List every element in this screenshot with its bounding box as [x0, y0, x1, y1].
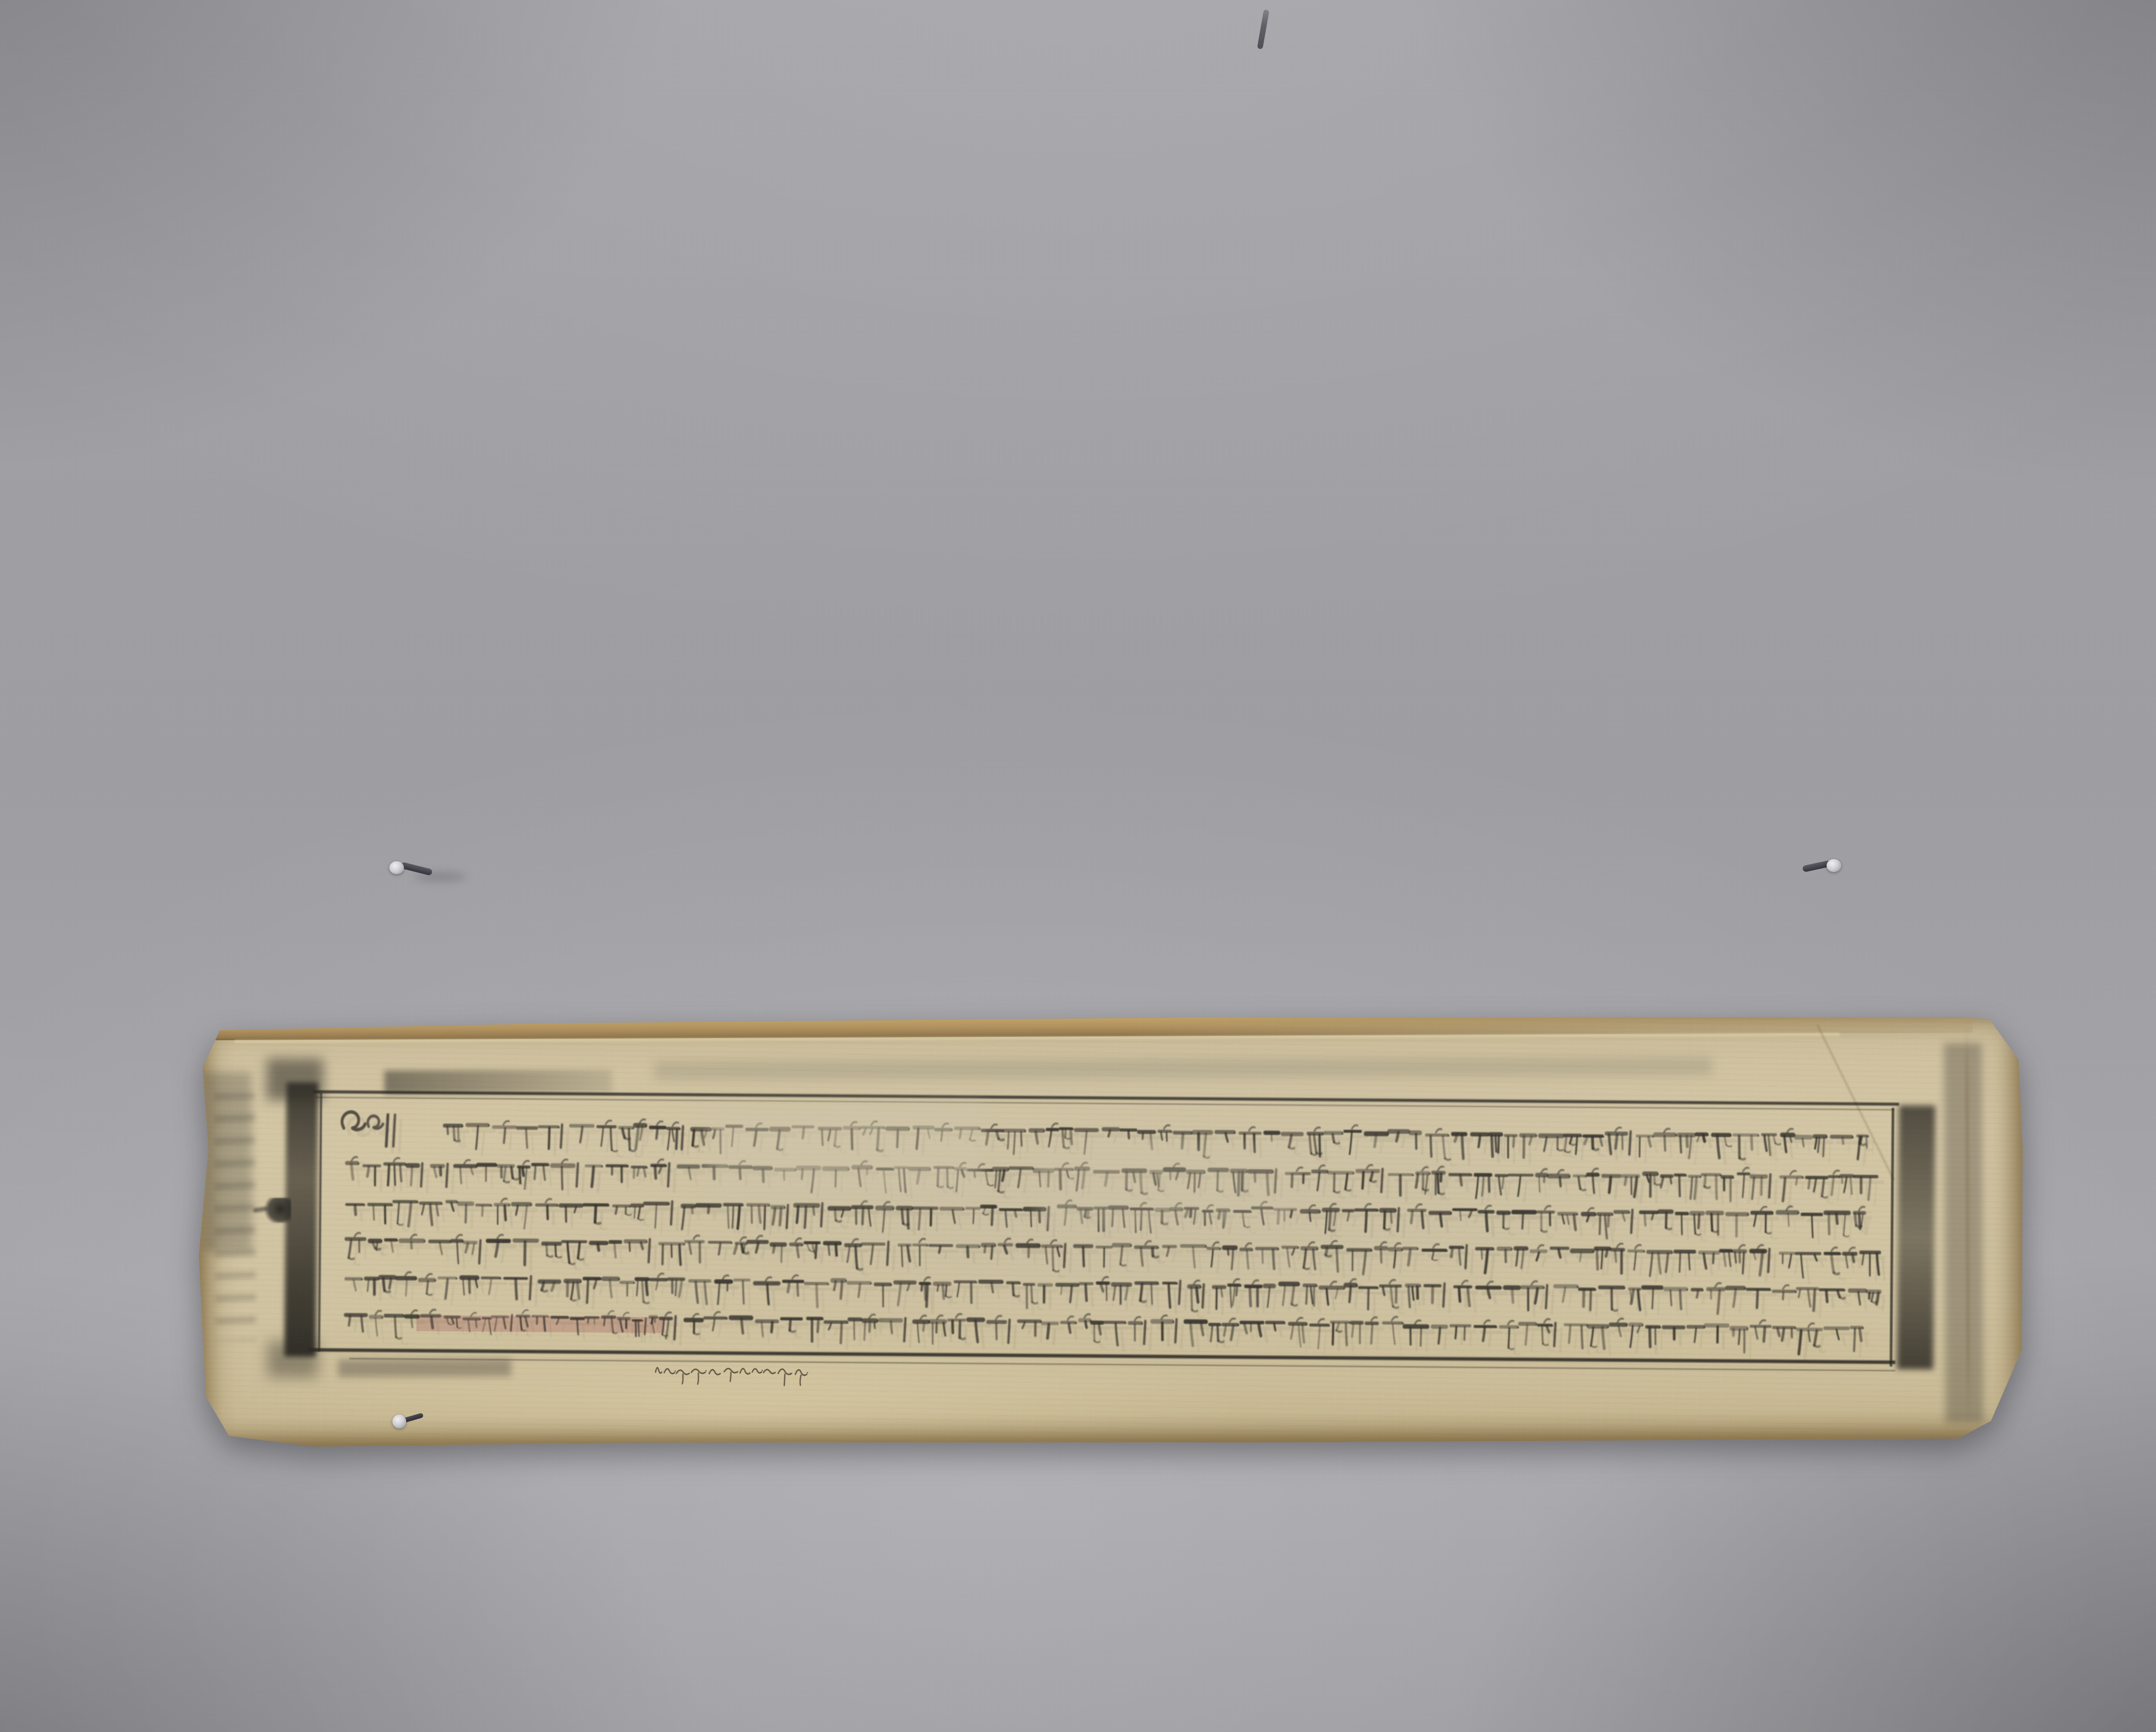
pin-shaft [400, 862, 432, 875]
pin-shadow [414, 872, 466, 881]
margin-caption [654, 1361, 818, 1389]
left-bar-ink-bloom [267, 1058, 324, 1101]
paper-fold-line [1966, 1022, 1970, 1423]
manuscript-folio-wrap [198, 1013, 2024, 1448]
studio-photo-scene [0, 0, 2156, 1732]
ink-smudge-top [654, 1057, 1712, 1079]
left-bar-ink-tail [268, 1341, 318, 1378]
manuscript-folio [198, 1013, 2024, 1448]
ink-blot [264, 1198, 291, 1223]
ink-smudge-below-frame [338, 1359, 511, 1377]
pin-head [1827, 859, 1841, 872]
ink-smudge-top-left [384, 1070, 612, 1094]
right-margin-bar [1897, 1105, 1936, 1370]
push-pin-bottom-icon [392, 1415, 431, 1432]
pin-head [392, 1415, 406, 1428]
offset-ghost-column [1944, 1043, 1984, 1423]
push-pin-left-icon [389, 861, 467, 887]
push-pin-top-icon [1257, 9, 1269, 50]
push-pin-right-icon [1794, 859, 1841, 885]
left-corner-smudge [204, 1072, 252, 1251]
left-margin-streaks [215, 1093, 256, 1341]
margin-caption-strokes [654, 1361, 818, 1389]
frame-left-line [318, 1093, 323, 1352]
tibetan-text-block [326, 1095, 1887, 1362]
frame-right-line [1890, 1108, 1895, 1367]
printed-text-panel [318, 1090, 1895, 1364]
pin-head [389, 861, 404, 874]
